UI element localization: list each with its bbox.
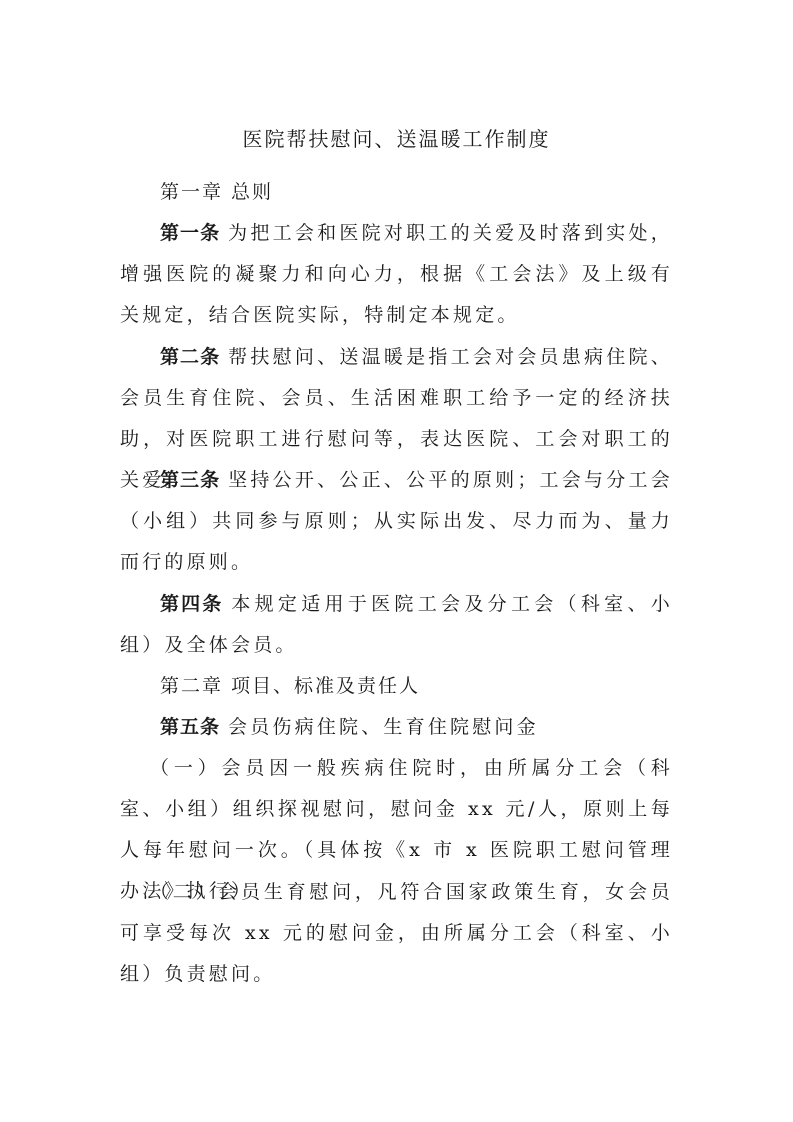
- article-2-label: 第二条: [160, 346, 220, 368]
- article-3: 第三条坚持公开、公正、公平的原则；工会与分工会（小组）共同参与原则；从实际出发、…: [120, 460, 673, 583]
- article-3-label: 第三条: [160, 469, 220, 491]
- article-5-text: 会员伤病住院、生育住院慰问金: [228, 716, 539, 738]
- article-1-label: 第一条: [160, 222, 220, 244]
- article-4-label: 第四条: [160, 593, 223, 615]
- article-5: 第五条会员伤病住院、生育住院慰问金: [120, 707, 673, 748]
- item-2: （二）会员生育慰问，凡符合国家政策生育，女会员可享受每次 xx 元的慰问金，由所…: [120, 872, 673, 995]
- chapter-heading-2: 第二章 项目、标准及责任人: [120, 666, 673, 707]
- chapter-heading-1: 第一章 总则: [120, 172, 673, 213]
- article-1: 第一条为把工会和医院对职工的关爱及时落到实处，增强医院的凝聚力和向心力，根据《工…: [120, 213, 673, 336]
- article-4: 第四条本规定适用于医院工会及分工会（科室、小组）及全体会员。: [120, 584, 673, 666]
- document-title: 医院帮扶慰问、送温暖工作制度: [120, 124, 673, 154]
- article-5-label: 第五条: [160, 716, 220, 738]
